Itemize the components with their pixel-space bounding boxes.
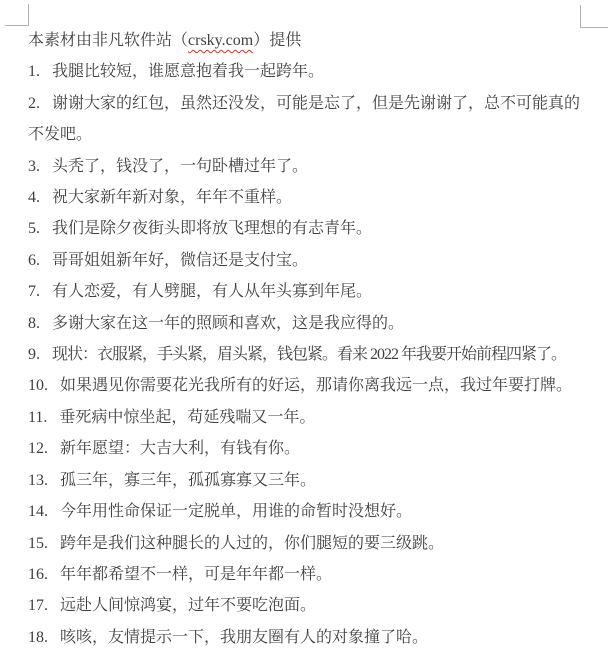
item-number: 11.	[28, 402, 47, 433]
item-text: 多谢大家在这一年的照顾和喜欢，这是我应得的。	[52, 315, 404, 332]
item-text: 孤三年，寡三年，孤孤寡寡又三年。	[60, 472, 316, 489]
list-item: 10.如果遇见你需要花光我所有的好运，那请你离我远一点，我过年要打牌。	[28, 370, 580, 401]
item-number: 16.	[28, 559, 48, 590]
document-page: 本素材由非凡软件站（crsky.com）提供 1.我腿比较短，谁愿意抱着我一起跨…	[0, 0, 608, 655]
source-attribution-line: 本素材由非凡软件站（crsky.com）提供	[28, 25, 580, 56]
margin-crop-mark-top-right-icon	[580, 5, 608, 28]
item-text: 垂死病中惊坐起，苟延残喘又一年。	[59, 409, 315, 426]
item-number: 8.	[28, 308, 40, 339]
item-text: 远赴人间惊鸿宴，过年不要吃泡面。	[60, 597, 316, 614]
list-item: 15.跨年是我们这种腿长的人过的，你们腿短的要三级跳。	[28, 528, 580, 559]
list-item: 2.谢谢大家的红包，虽然还没发，可能是忘了，但是先谢谢了，总不可能真的不发吧。	[28, 88, 580, 151]
attribution-prefix: 本素材由非凡软件站（	[28, 32, 188, 49]
list-item: 1.我腿比较短，谁愿意抱着我一起跨年。	[28, 56, 580, 87]
attribution-suffix: ）提供	[253, 32, 301, 49]
item-text: 我腿比较短，谁愿意抱着我一起跨年。	[52, 63, 324, 80]
item-number: 1.	[28, 56, 40, 87]
list-item: 11.垂死病中惊坐起，苟延残喘又一年。	[28, 402, 580, 433]
website-domain-spellcheck: crsky.com	[188, 32, 253, 49]
list-item: 8.多谢大家在这一年的照顾和喜欢，这是我应得的。	[28, 308, 580, 339]
item-text: 头秃了，钱没了，一句卧槽过年了。	[52, 158, 308, 175]
item-number: 2.	[28, 88, 40, 119]
item-text: 祝大家新年新对象，年年不重样。	[52, 189, 292, 206]
item-number: 6.	[28, 245, 40, 276]
list-item: 5.我们是除夕夜街头即将放飞理想的有志青年。	[28, 213, 580, 244]
item-text: 谢谢大家的红包，虽然还没发，可能是忘了，但是先谢谢了，总不可能真的不发吧。	[28, 95, 580, 143]
item-number: 10.	[28, 370, 48, 401]
item-text: 跨年是我们这种腿长的人过的，你们腿短的要三级跳。	[60, 535, 444, 552]
list-item: 3.头秃了，钱没了，一句卧槽过年了。	[28, 151, 580, 182]
item-number: 7.	[28, 276, 40, 307]
item-number: 13.	[28, 465, 48, 496]
item-text: 新年愿望：大吉大利，有钱有你。	[60, 440, 300, 457]
item-number: 18.	[28, 622, 48, 653]
list-item: 6.哥哥姐姐新年好，微信还是支付宝。	[28, 245, 580, 276]
list-item: 9.现状：衣服紧，手头紧，眉头紧，钱包紧。看来 2022 年我要开始前程四紧了。	[28, 339, 580, 370]
list-item: 4.祝大家新年新对象，年年不重样。	[28, 182, 580, 213]
list-item: 14.今年用性命保证一定脱单，用谁的命暂时没想好。	[28, 496, 580, 527]
list-item: 16.年年都希望不一样，可是年年都一样。	[28, 559, 580, 590]
item-number: 15.	[28, 528, 48, 559]
item-text: 我们是除夕夜街头即将放飞理想的有志青年。	[52, 220, 372, 237]
item-text: 今年用性命保证一定脱单，用谁的命暂时没想好。	[60, 503, 412, 520]
margin-crop-mark-top-left-icon	[5, 4, 29, 26]
list-item: 18.咳咳，友情提示一下，我朋友圈有人的对象撞了哈。	[28, 622, 580, 653]
list-item: 12.新年愿望：大吉大利，有钱有你。	[28, 433, 580, 464]
quote-list: 1.我腿比较短，谁愿意抱着我一起跨年。2.谢谢大家的红包，虽然还没发，可能是忘了…	[28, 56, 580, 653]
list-item: 13.孤三年，寡三年，孤孤寡寡又三年。	[28, 465, 580, 496]
item-number: 9.	[28, 339, 40, 370]
item-number: 14.	[28, 496, 48, 527]
item-number: 5.	[28, 213, 40, 244]
item-text: 现状：衣服紧，手头紧，眉头紧，钱包紧。看来 2022 年我要开始前程四紧了。	[52, 346, 566, 363]
item-number: 12.	[28, 433, 48, 464]
list-item: 7.有人恋爱，有人劈腿，有人从年头寡到年尾。	[28, 276, 580, 307]
item-text: 年年都希望不一样，可是年年都一样。	[60, 566, 332, 583]
item-number: 17.	[28, 590, 48, 621]
item-number: 3.	[28, 151, 40, 182]
document-text-area[interactable]: 本素材由非凡软件站（crsky.com）提供 1.我腿比较短，谁愿意抱着我一起跨…	[28, 25, 580, 653]
item-text: 如果遇见你需要花光我所有的好运，那请你离我远一点，我过年要打牌。	[60, 377, 572, 394]
item-text: 哥哥姐姐新年好，微信还是支付宝。	[52, 252, 308, 269]
list-item: 17.远赴人间惊鸿宴，过年不要吃泡面。	[28, 590, 580, 621]
item-number: 4.	[28, 182, 40, 213]
item-text: 咳咳，友情提示一下，我朋友圈有人的对象撞了哈。	[60, 629, 428, 646]
item-text: 有人恋爱，有人劈腿，有人从年头寡到年尾。	[52, 283, 372, 300]
